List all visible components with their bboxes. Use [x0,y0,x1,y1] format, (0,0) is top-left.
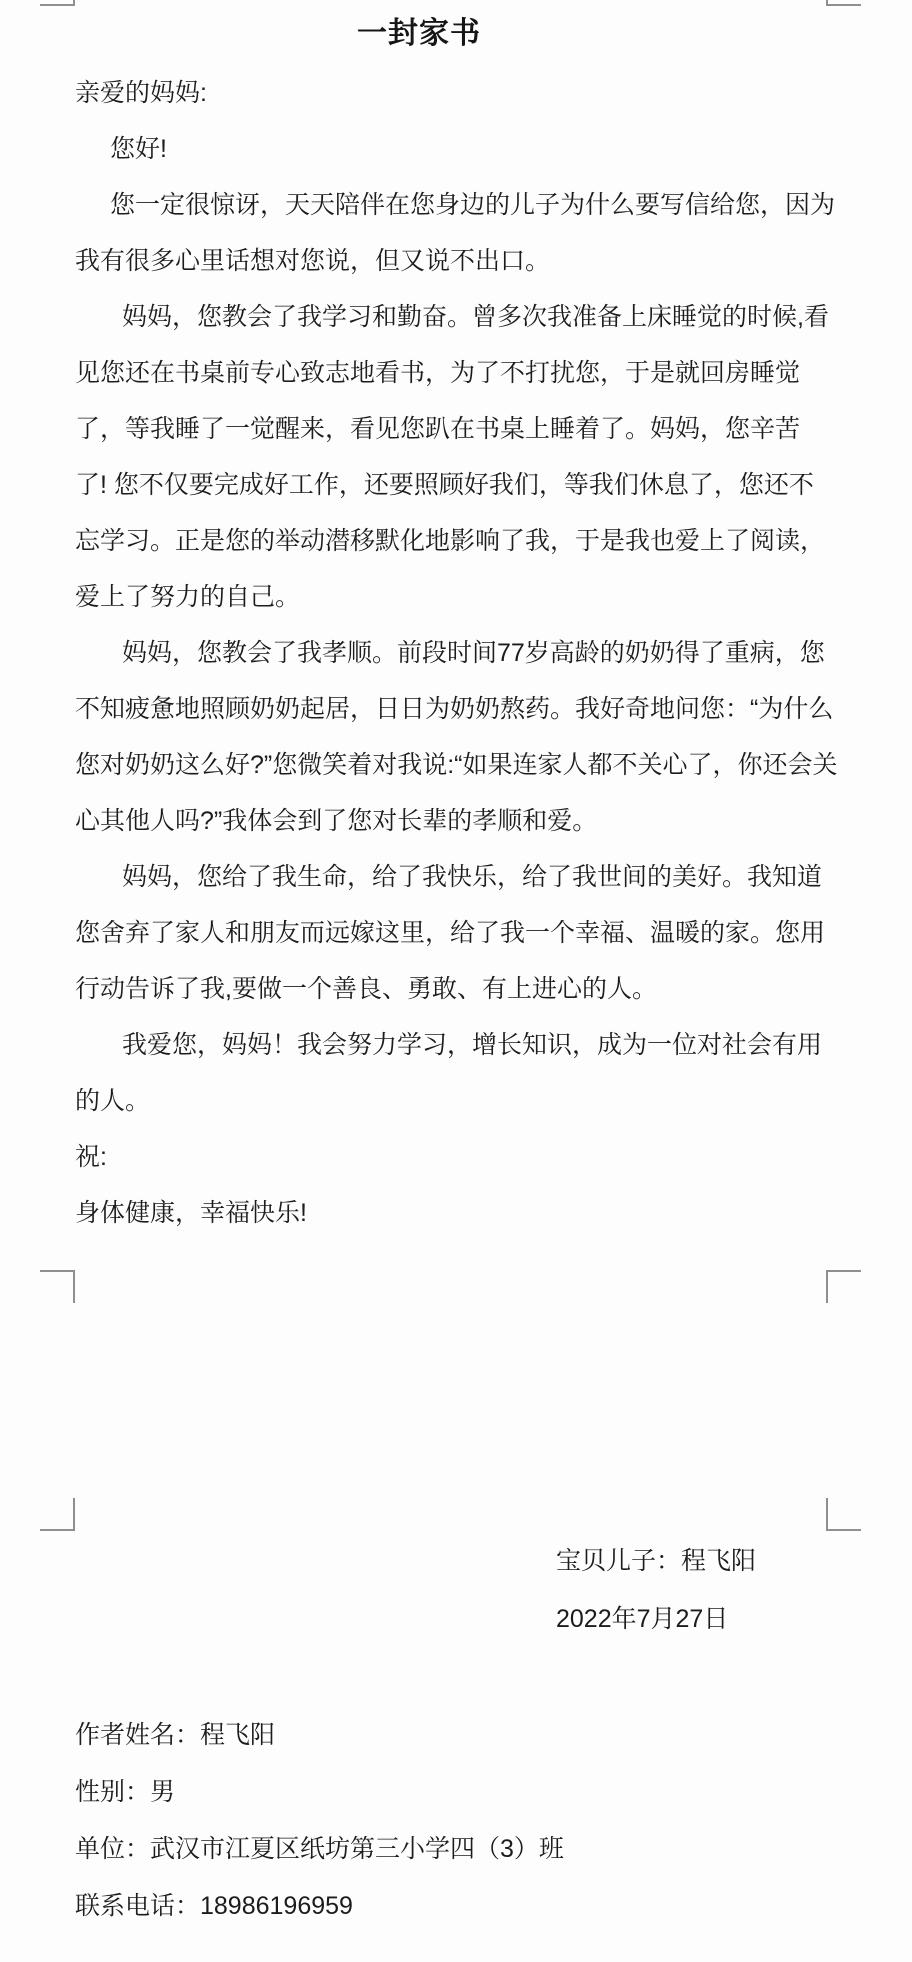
letter-line: 我有很多心里话想对您说，但又说不出口。 [75,233,845,289]
author-phone-line: 联系电话：18986196959 [75,1878,564,1935]
letter-line: 祝: [75,1129,845,1185]
signature-date: 2022年7月27日 [556,1590,756,1648]
letter-line: 不知疲惫地照顾奶奶起居，日日为奶奶熬药。我好奇地问您：“为什么 [75,681,845,737]
letter-line: 您对奶奶这么好?”您微笑着对我说:“如果连家人都不关心了，你还会关 [75,737,845,793]
letter-line: 妈妈，您教会了我孝顺。前段时间77岁高龄的奶奶得了重病，您 [75,625,845,681]
letter-body: 亲爱的妈妈: 您好! 您一定很惊讶，天天陪伴在您身边的儿子为什么要写信给您，因为… [75,65,845,1241]
letter-line: 了! 您不仅要完成好工作，还要照顾好我们，等我们休息了，您还不 [75,457,845,513]
letter-line: 忘学习。正是您的举动潜移默化地影响了我，于是我也爱上了阅读， [75,513,845,569]
letter-line: 您舍弃了家人和朋友而远嫁这里，给了我一个幸福、温暖的家。您用 [75,905,845,961]
letter-line: 妈妈，您给了我生命，给了我快乐，给了我世间的美好。我知道 [75,849,845,905]
letter-document-page: 一封家书 亲爱的妈妈: 您好! 您一定很惊讶，天天陪伴在您身边的儿子为什么要写信… [0,0,912,1962]
author-name-line: 作者姓名：程飞阳 [75,1707,564,1764]
letter-line: 您好! [75,121,845,177]
letter-line: 身体健康，幸福快乐! [75,1185,845,1241]
salutation-line: 亲爱的妈妈: [75,65,845,121]
letter-line: 见您还在书桌前专心致志地看书，为了不打扰您，于是就回房睡觉 [75,345,845,401]
page-title: 一封家书 [0,16,875,52]
letter-line: 的人。 [75,1073,845,1129]
letter-line: 行动告诉了我,要做一个善良、勇敢、有上进心的人。 [75,961,845,1017]
author-info-block: 作者姓名：程飞阳 性别：男 单位：武汉市江夏区纸坊第三小学四（3）班 联系电话：… [75,1707,564,1935]
letter-line: 爱上了努力的自己。 [75,569,845,625]
letter-line: 我爱您，妈妈！我会努力学习，增长知识，成为一位对社会有用 [75,1017,845,1073]
author-gender-line: 性别：男 [75,1764,564,1821]
letter-line: 心其他人吗?”我体会到了您对长辈的孝顺和爱。 [75,793,845,849]
letter-line: 了，等我睡了一觉醒来，看见您趴在书桌上睡着了。妈妈，您辛苦 [75,401,845,457]
letter-line: 您一定很惊讶，天天陪伴在您身边的儿子为什么要写信给您，因为 [75,177,845,233]
signature-signer: 宝贝儿子：程飞阳 [556,1532,756,1590]
signature-block: 宝贝儿子：程飞阳 2022年7月27日 [556,1532,756,1648]
letter-line: 妈妈，您教会了我学习和勤奋。曾多次我准备上床睡觉的时候,看 [75,289,845,345]
author-unit-line: 单位：武汉市江夏区纸坊第三小学四（3）班 [75,1821,564,1878]
